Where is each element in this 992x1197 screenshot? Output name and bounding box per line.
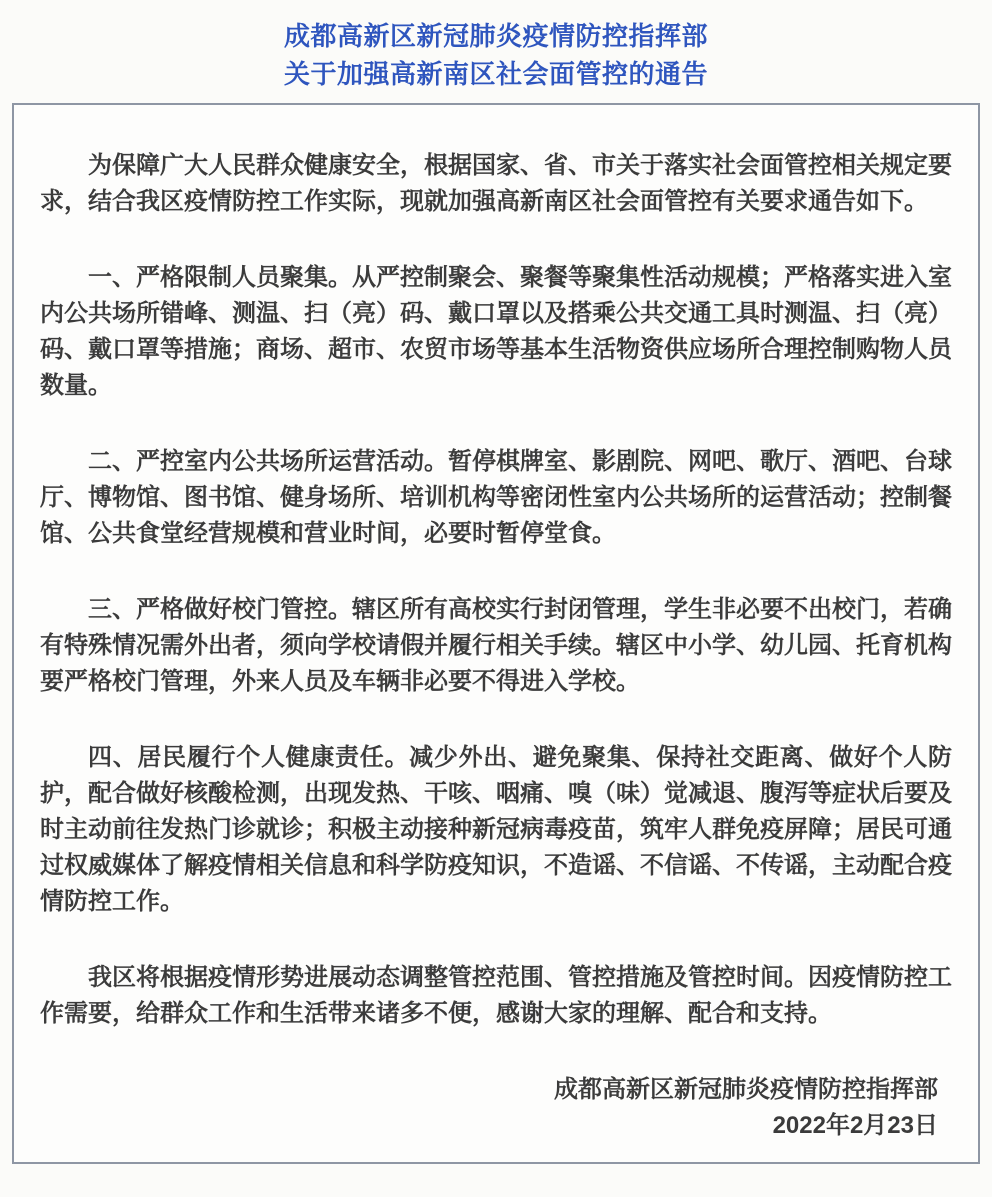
signature-block: 成都高新区新冠肺炎疫情防控指挥部 2022年2月23日 xyxy=(40,1072,952,1144)
notice-body-box: 为保障广大人民群众健康安全，根据国家、省、市关于落实社会面管控相关规定要求，结合… xyxy=(12,103,980,1164)
paragraph-item-4: 四、居民履行个人健康责任。减少外出、避免聚集、保持社交距离、做好个人防护，配合做… xyxy=(40,740,952,920)
notice-title-line1: 成都高新区新冠肺炎疫情防控指挥部 xyxy=(0,17,992,55)
notice-page: 成都高新区新冠肺炎疫情防控指挥部 关于加强高新南区社会面管控的通告 为保障广大人… xyxy=(0,0,992,1197)
paragraph-item-2: 二、严控室内公共场所运营活动。暂停棋牌室、影剧院、网吧、歌厅、酒吧、台球厅、博物… xyxy=(40,444,952,552)
paragraph-item-1: 一、严格限制人员聚集。从严控制聚会、聚餐等聚集性活动规模；严格落实进入室内公共场… xyxy=(40,260,952,404)
notice-title-block: 成都高新区新冠肺炎疫情防控指挥部 关于加强高新南区社会面管控的通告 xyxy=(0,0,992,93)
signature-date: 2022年2月23日 xyxy=(40,1108,938,1144)
paragraph-item-3: 三、严格做好校门管控。辖区所有高校实行封闭管理，学生非必要不出校门，若确有特殊情… xyxy=(40,592,952,700)
signature-issuer: 成都高新区新冠肺炎疫情防控指挥部 xyxy=(40,1072,938,1108)
paragraph-intro: 为保障广大人民群众健康安全，根据国家、省、市关于落实社会面管控相关规定要求，结合… xyxy=(40,148,952,220)
paragraph-closing: 我区将根据疫情形势进展动态调整管控范围、管控措施及管控时间。因疫情防控工作需要，… xyxy=(40,960,952,1032)
notice-title-line2: 关于加强高新南区社会面管控的通告 xyxy=(0,55,992,93)
